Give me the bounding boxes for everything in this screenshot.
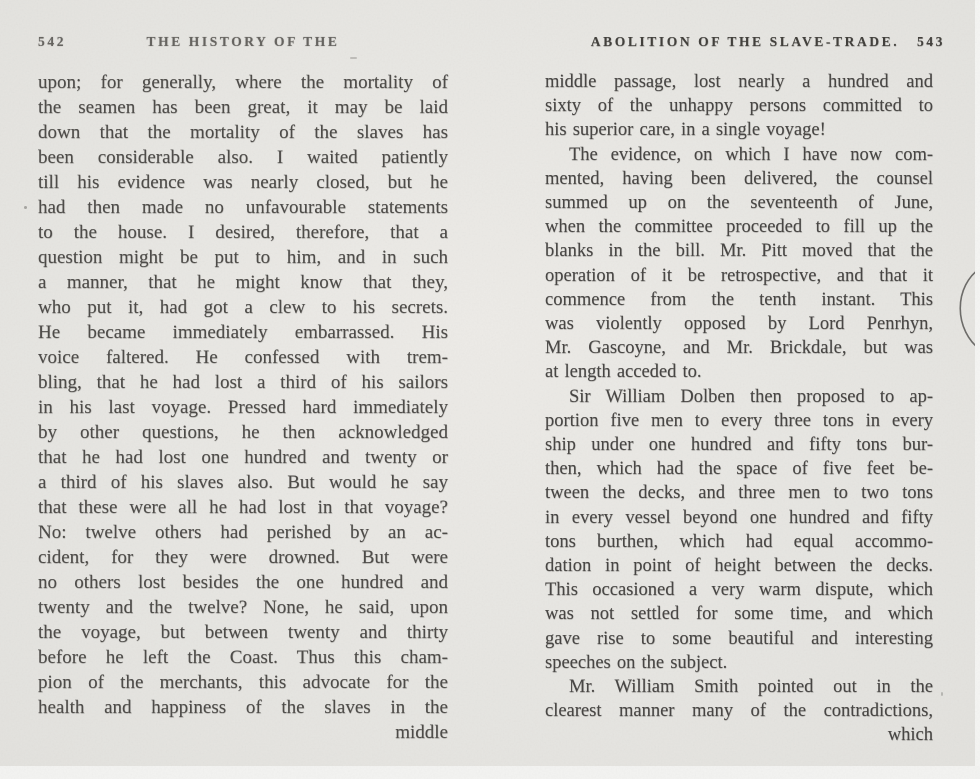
text-line: Sir William Dolben then proposed to ap- (545, 385, 933, 409)
scan-speck (941, 692, 943, 696)
text-line: down that the mortality of the slaves ha… (38, 120, 448, 145)
text-line: health and happiness of the slaves in th… (38, 695, 448, 720)
text-line: gave rise to some beautiful and interest… (545, 627, 933, 651)
text-line: had then made no unfavourable statements (38, 195, 448, 220)
text-line: sixty of the unhappy persons committed t… (545, 94, 933, 118)
text-line: then, which had the space of five feet b… (545, 457, 933, 481)
text-line: Mr. Gascoyne, and Mr. Brickdale, but was (545, 336, 933, 360)
text-line: the voyage, but between twenty and thirt… (38, 620, 448, 645)
text-line: his superior care, in a single voyage! (545, 118, 933, 142)
text-line: no others lost besides the one hundred a… (38, 570, 448, 595)
text-line: that he had lost one hundred and twenty … (38, 445, 448, 470)
text-line: This occasioned a very warm dispute, whi… (545, 578, 933, 602)
text-line: ship under one hundred and fifty tons bu… (545, 433, 933, 457)
text-line: summed up on the seventeenth of June, (545, 191, 933, 215)
scan-edge-bottom (0, 766, 980, 779)
text-line: was not settled for some time, and which (545, 602, 933, 626)
right-running-head: ABOLITION OF THE SLAVE-TRADE. 543 (545, 34, 945, 50)
left-text-column: upon; for generally, where the mortality… (38, 70, 448, 745)
text-line: No: twelve others had perished by an ac- (38, 520, 448, 545)
text-line: been considerable also. I waited patient… (38, 145, 448, 170)
text-line: when the committee proceeded to fill up … (545, 215, 933, 239)
text-line: portion five men to every three tons in … (545, 409, 933, 433)
text-line: twenty and the twelve? None, he said, up… (38, 595, 448, 620)
text-line: that these were all he had lost in that … (38, 495, 448, 520)
text-line: in his last voyage. Pressed hard immedia… (38, 395, 448, 420)
text-line: to the house. I desired, therefore, that… (38, 220, 448, 245)
text-line: in every vessel beyond one hundred and f… (545, 506, 933, 530)
text-line: question might be put to him, and in suc… (38, 245, 448, 270)
right-page-number: 543 (899, 34, 945, 50)
left-page-number: 542 (38, 34, 108, 50)
text-line: the seamen has been great, it may be lai… (38, 95, 448, 120)
text-line: tween the decks, and three men to two to… (545, 481, 933, 505)
text-line: commence from the tenth instant. This (545, 288, 933, 312)
text-line: He became immediately embarrassed. His (38, 320, 448, 345)
text-line: who put it, had got a clew to his secret… (38, 295, 448, 320)
text-line: pion of the merchants, this advocate for… (38, 670, 448, 695)
text-line: blanks in the bill. Mr. Pitt moved that … (545, 239, 933, 263)
left-running-title: THE HISTORY OF THE (108, 34, 378, 50)
text-line: cident, for they were drowned. But were (38, 545, 448, 570)
text-line: was violently opposed by Lord Penrhyn, (545, 312, 933, 336)
text-line: speeches on the subject. (545, 651, 933, 675)
text-line: clearest manner many of the contradictio… (545, 699, 933, 723)
right-text-column: middle passage, lost nearly a hundred an… (545, 70, 933, 748)
scan-speck (350, 57, 357, 59)
text-line: at length acceded to. (545, 360, 933, 384)
text-line: upon; for generally, where the mortality… (38, 70, 448, 95)
text-line: bling, that he had lost a third of his s… (38, 370, 448, 395)
text-line: mented, having been delivered, the couns… (545, 167, 933, 191)
text-line: voice faltered. He confessed with trem- (38, 345, 448, 370)
text-line: before he left the Coast. Thus this cham… (38, 645, 448, 670)
text-line: a third of his slaves also. But would he… (38, 470, 448, 495)
text-line: which (545, 723, 933, 747)
text-line: Mr. William Smith pointed out in the (545, 675, 933, 699)
book-scan-spread: 542 THE HISTORY OF THE ABOLITION OF THE … (0, 0, 980, 779)
text-line: by other questions, he then acknowledged (38, 420, 448, 445)
scan-speck (24, 206, 27, 209)
text-line: dation in point of height between the de… (545, 554, 933, 578)
right-running-title: ABOLITION OF THE SLAVE-TRADE. (591, 34, 899, 50)
left-running-head: 542 THE HISTORY OF THE (38, 34, 448, 50)
text-line: operation of it be retrospective, and th… (545, 264, 933, 288)
text-line: a manner, that he might know that they, (38, 270, 448, 295)
text-line: The evidence, on which I have now com- (545, 143, 933, 167)
scan-edge-right (975, 0, 980, 779)
text-line: middle passage, lost nearly a hundred an… (545, 70, 933, 94)
text-line: tons burthen, which had equal accommo- (545, 530, 933, 554)
text-line: middle (38, 720, 448, 745)
text-line: till his evidence was nearly closed, but… (38, 170, 448, 195)
